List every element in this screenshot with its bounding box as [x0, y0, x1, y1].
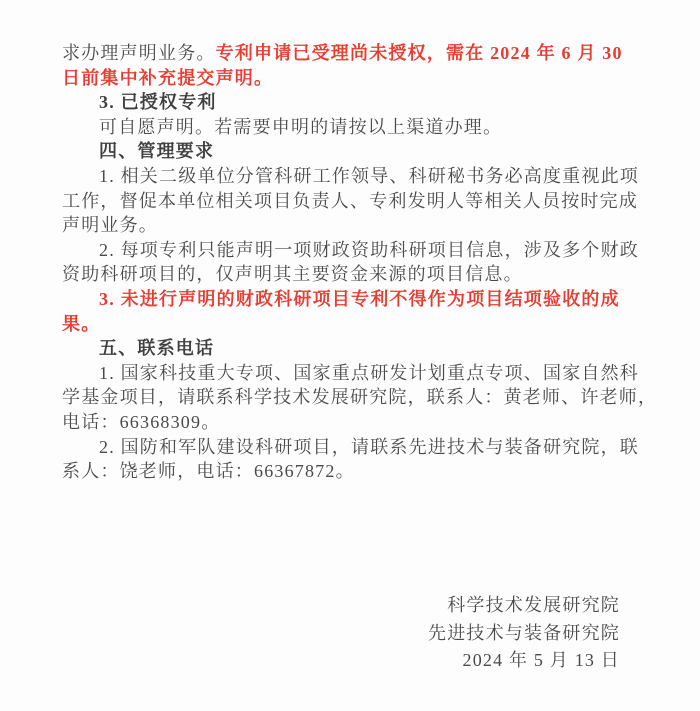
- text-segment: 求办理声明业务。: [62, 43, 216, 63]
- text-line: 五、联系电话: [62, 336, 662, 361]
- signature-date: 2024 年 5 月 13 日: [428, 647, 620, 675]
- text-segment: 学基金项目，请联系科学技术发展研究院，联系人：黄老师、许老师，: [62, 387, 657, 407]
- text-segment: 1. 国家科技重大专项、国家重点研发计划重点专项、国家自然科: [99, 363, 639, 383]
- text-line: 系人：饶老师，电话：66367872。: [62, 459, 662, 484]
- document-page: 求办理声明业务。专利申请已受理尚未授权，需在 2024 年 6 月 30日前集中…: [0, 0, 700, 711]
- text-line: 声明业务。: [62, 213, 662, 238]
- signature-org-1: 科学技术发展研究院: [428, 592, 620, 620]
- signature-block: 科学技术发展研究院 先进技术与装备研究院 2024 年 5 月 13 日: [428, 592, 620, 675]
- text-line: 求办理声明业务。专利申请已受理尚未授权，需在 2024 年 6 月 30: [62, 41, 662, 66]
- text-line: 学基金项目，请联系科学技术发展研究院，联系人：黄老师、许老师，: [62, 385, 662, 410]
- text-segment: 电话：66368309。: [62, 412, 220, 432]
- text-segment: 3. 已授权专利: [99, 92, 217, 112]
- signature-org-2: 先进技术与装备研究院: [428, 620, 620, 648]
- text-segment: 五、联系电话: [99, 338, 214, 358]
- highlight-text: 3. 未进行声明的财政科研项目专利不得作为项目结项验收的成: [99, 289, 620, 309]
- text-segment: 资助科研项目的，仅声明其主要资金来源的项目信息。: [62, 264, 523, 284]
- text-segment: 四、管理要求: [99, 141, 214, 161]
- text-line: 资助科研项目的，仅声明其主要资金来源的项目信息。: [62, 262, 662, 287]
- text-line: 果。: [62, 312, 662, 337]
- highlight-text: 日前集中补充提交声明。: [62, 68, 273, 88]
- highlight-text: 专利申请已受理尚未授权，需在 2024 年 6 月 30: [216, 43, 623, 63]
- text-segment: 2. 每项专利只能声明一项财政资助科研项目信息，涉及多个财政: [99, 240, 639, 260]
- text-line: 3. 未进行声明的财政科研项目专利不得作为项目结项验收的成: [62, 287, 662, 312]
- text-line: 3. 已授权专利: [62, 90, 662, 115]
- document-body: 求办理声明业务。专利申请已受理尚未授权，需在 2024 年 6 月 30日前集中…: [62, 41, 662, 484]
- text-line: 四、管理要求: [62, 139, 662, 164]
- text-line: 1. 相关二级单位分管科研工作领导、科研秘书务必高度重视此项: [62, 164, 662, 189]
- text-line: 电话：66368309。: [62, 410, 662, 435]
- text-line: 2. 每项专利只能声明一项财政资助科研项目信息，涉及多个财政: [62, 238, 662, 263]
- text-line: 可自愿声明。若需要申明的请按以上渠道办理。: [62, 115, 662, 140]
- text-line: 日前集中补充提交声明。: [62, 66, 662, 91]
- text-segment: 2. 国防和军队建设科研项目，请联系先进技术与装备研究院，联: [99, 437, 639, 457]
- text-line: 2. 国防和军队建设科研项目，请联系先进技术与装备研究院，联: [62, 435, 662, 460]
- text-segment: 可自愿声明。若需要申明的请按以上渠道办理。: [99, 117, 502, 137]
- highlight-text: 果。: [62, 314, 100, 334]
- text-line: 工作，督促本单位相关项目负责人、专利发明人等相关人员按时完成: [62, 189, 662, 214]
- text-segment: 工作，督促本单位相关项目负责人、专利发明人等相关人员按时完成: [62, 191, 638, 211]
- text-segment: 1. 相关二级单位分管科研工作领导、科研秘书务必高度重视此项: [99, 166, 639, 186]
- text-line: 1. 国家科技重大专项、国家重点研发计划重点专项、国家自然科: [62, 361, 662, 386]
- text-segment: 声明业务。: [62, 215, 158, 235]
- text-segment: 系人：饶老师，电话：66367872。: [62, 461, 355, 481]
